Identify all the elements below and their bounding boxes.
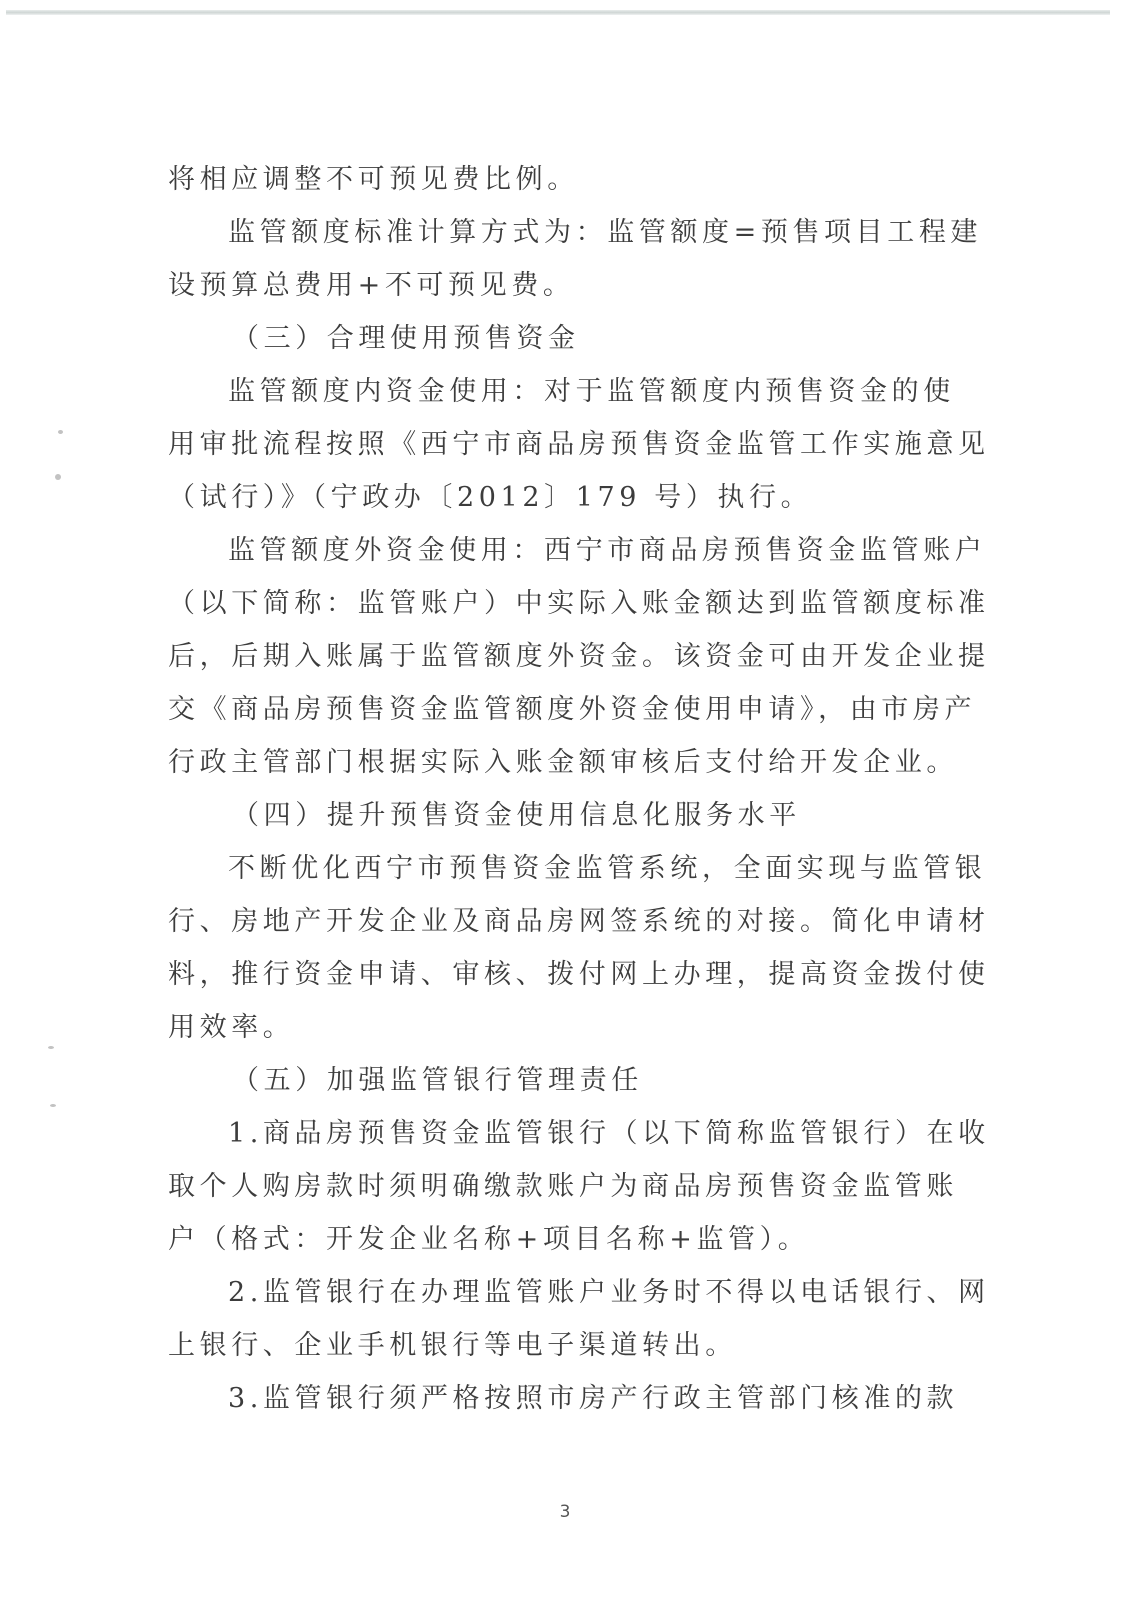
scan-speck: [58, 430, 63, 434]
paragraph-line: 后，后期入账属于监管额度外资金。该资金可由开发企业提: [168, 637, 990, 677]
paragraph-line: （以下简称：监管账户）中实际入账金额达到监管额度标准: [168, 584, 990, 624]
scan-border: [6, 10, 1110, 15]
scan-speck: [55, 474, 61, 480]
scan-speck: [50, 1104, 56, 1107]
paragraph-line: 1.商品房预售资金监管银行（以下简称监管银行）在收: [228, 1114, 990, 1154]
paragraph-line: 监管额度标准计算方式为：监管额度=预售项目工程建: [228, 213, 982, 253]
paragraph-line: 户（格式：开发企业名称+项目名称+监管）。: [168, 1220, 809, 1260]
paragraph-line: 取个人购房款时须明确缴款账户为商品房预售资金监管账: [168, 1167, 958, 1207]
paragraph-line: 设预算总费用+不可预见费。: [168, 266, 574, 306]
section-heading: （四）提升预售资金使用信息化服务水平: [232, 796, 801, 836]
paragraph-line: 监管额度外资金使用：西宁市商品房预售资金监管账户: [228, 531, 986, 571]
paragraph-line: 用效率。: [168, 1008, 294, 1048]
paragraph-line: 交《商品房预售资金监管额度外资金使用申请》，由市房产: [168, 690, 976, 730]
paragraph-line: 行政主管部门根据实际入账金额审核后支付给开发企业。: [168, 743, 958, 783]
paragraph-line: （试行）》（宁政办〔2012〕179 号）执行。: [168, 478, 812, 518]
paragraph-line: 将相应调整不可预见费比例。: [168, 160, 579, 200]
scan-speck: [48, 1046, 54, 1049]
paragraph-line: 2.监管银行在办理监管账户业务时不得以电话银行、网: [228, 1273, 990, 1313]
paragraph-line: 不断优化西宁市预售资金监管系统，全面实现与监管银: [228, 849, 986, 889]
paragraph-line: 用审批流程按照《西宁市商品房预售资金监管工作实施意见: [168, 425, 990, 465]
paragraph-line: 上银行、企业手机银行等电子渠道转出。: [168, 1326, 737, 1366]
paragraph-line: 料，推行资金申请、审核、拨付网上办理，提高资金拨付使: [168, 955, 990, 995]
paragraph-line: 行、房地产开发企业及商品房网签系统的对接。简化申请材: [168, 902, 990, 942]
section-heading: （五）加强监管银行管理责任: [232, 1061, 643, 1101]
page-number: 3: [0, 1502, 1130, 1522]
paragraph-line: 3.监管银行须严格按照市房产行政主管部门核准的款: [228, 1379, 958, 1419]
section-heading: （三）合理使用预售资金: [232, 319, 580, 359]
paragraph-line: 监管额度内资金使用：对于监管额度内预售资金的使: [228, 372, 955, 412]
